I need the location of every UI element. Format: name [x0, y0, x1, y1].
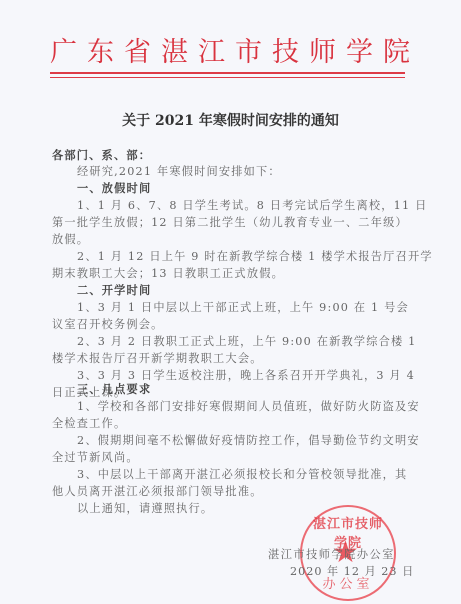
issue-date: 2020 年 12 月 23 日 [290, 563, 414, 579]
signature: 湛江市技师学院办公室 [268, 546, 395, 562]
item-3-3-line-1: 3、中层以上干部离开湛江必须报校长和分管校领导批准，其 [77, 466, 407, 482]
institution-header: 广东省湛江市技师学院 [50, 30, 406, 69]
item-3-2-line-1: 2、假期期间毫不松懈做好疫情防控工作，倡导勤俭节约文明安 [77, 432, 420, 448]
item-3-2-line-2: 全过节新风尚。 [52, 449, 139, 465]
item-2-2-line-1: 2、3 月 2 日教职工正式上班，上午 9:00 在新教学综合楼 1 [77, 333, 416, 349]
item-3-1-line-2: 全检查工作。 [52, 415, 126, 431]
item-1-2-line-1: 2、1 月 12 日上午 9 时在新教学综合楼 1 楼学术报告厅召开学 [77, 248, 433, 264]
section-heading-1: 一、放假时间 [77, 180, 151, 196]
intro: 经研究,2021 年寒假时间安排如下： [77, 163, 281, 179]
item-2-2-line-2: 楼学术报告厅召开新学期教职工大会。 [52, 350, 263, 366]
section-heading-3: 三、几点要求 [77, 381, 151, 397]
document-title: 关于 2021 年寒假时间安排的通知 [0, 110, 461, 130]
item-1-1-line-3: 放假。 [52, 231, 89, 247]
header-rule-thick [50, 72, 405, 74]
salutation: 各部门、系、部： [52, 147, 151, 163]
item-2-1-line-1: 1、3 月 1 日中层以上干部正式上班，上午 9:00 在 1 号会 [77, 299, 409, 315]
document-page: 广东省湛江市技师学院 关于 2021 年寒假时间安排的通知 各部门、系、部： 经… [0, 0, 461, 604]
section-heading-2: 二、开学时间 [77, 282, 151, 298]
item-1-2-line-2: 期末教职工大会；13 日教职工正式放假。 [52, 265, 284, 281]
item-1-1-line-1: 1、1 月 6、7、8 日学生考试。8 日考完试后学生离校，11 日 [77, 197, 427, 213]
item-3-3-line-2: 他人员离开湛江必须报部门领导批准。 [52, 483, 263, 499]
item-2-1-line-2: 议室召开校务例会。 [52, 316, 164, 332]
item-3-1-line-1: 1、学校和各部门安排好寒假期间人员值班，做好防火防盗及安 [77, 398, 420, 414]
header-rule-thin [50, 77, 405, 78]
item-1-1-line-2: 第一批学生放假；12 日第二批学生（幼儿教育专业一、二年级） [52, 214, 408, 230]
closing: 以上通知，请遵照执行。 [77, 500, 213, 516]
